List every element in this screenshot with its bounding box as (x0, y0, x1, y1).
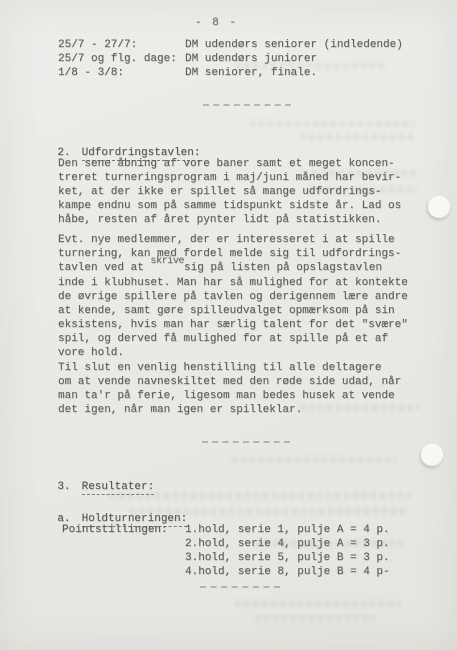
points-list: 1.hold, serie 1, pulje A = 4 p. 2.hold, … (185, 523, 390, 579)
inserted-word: skrive (150, 256, 184, 267)
schedule-date: 25/7 - 27/7: (58, 38, 185, 52)
paragraph-season-opening: Den sene åbning af vore baner samt et me… (58, 157, 430, 227)
bleed-through-smudge (255, 614, 375, 621)
paragraph-new-members: Evt. nye medlemmer, der er interesseret … (58, 233, 430, 360)
schedule-row: 1/8 - 3/8: DM seniorer, finale. (58, 66, 438, 80)
section-title: Resultater: (82, 481, 155, 495)
hole-punch (428, 196, 450, 218)
bleed-through-smudge (250, 120, 415, 127)
points-standings: Pointstillingen: 1.hold, serie 1, pulje … (62, 523, 390, 579)
schedule-event: DM udendørs juniorer (185, 52, 317, 66)
paragraph-name-sign: Til slut en venlig henstilling til alle … (58, 361, 430, 417)
page-number: - 8 - (0, 16, 445, 30)
separator (203, 104, 291, 106)
points-label: Pointstillingen: (62, 523, 185, 579)
paragraph-text: sig på listen på opslagstavlen inde i kl… (58, 262, 408, 359)
schedule-row: 25/7 - 27/7: DM udendørs seniorer (indle… (58, 38, 438, 52)
tournament-schedule: 25/7 - 27/7: DM udendørs seniorer (indle… (58, 38, 438, 80)
separator (202, 441, 290, 443)
hole-punch (421, 444, 443, 466)
points-line: 1.hold, serie 1, pulje A = 4 p. (185, 523, 390, 537)
bleed-through-smudge (235, 600, 400, 607)
separator (200, 586, 280, 588)
points-line: 3.hold, serie 5, pulje B = 3 p. (185, 551, 390, 565)
schedule-date: 25/7 og flg. dage: (58, 52, 185, 66)
schedule-event: DM seniorer, finale. (185, 66, 317, 80)
section-number: 3. (57, 480, 70, 494)
schedule-event: DM udendørs seniorer (indledende) (185, 38, 403, 52)
bleed-through-smudge (300, 133, 415, 140)
document-page: - 8 - 25/7 - 27/7: DM udendørs seniorer … (0, 0, 457, 650)
points-line: 2.hold, serie 4, pulje A = 3 p. (185, 537, 390, 551)
points-line: 4.hold, serie 8, pulje B = 4 p- (185, 565, 390, 579)
schedule-date: 1/8 - 3/8: (58, 66, 185, 80)
bleed-through-smudge (232, 456, 397, 463)
schedule-row: 25/7 og flg. dage: DM udendørs juniorer (58, 52, 438, 66)
